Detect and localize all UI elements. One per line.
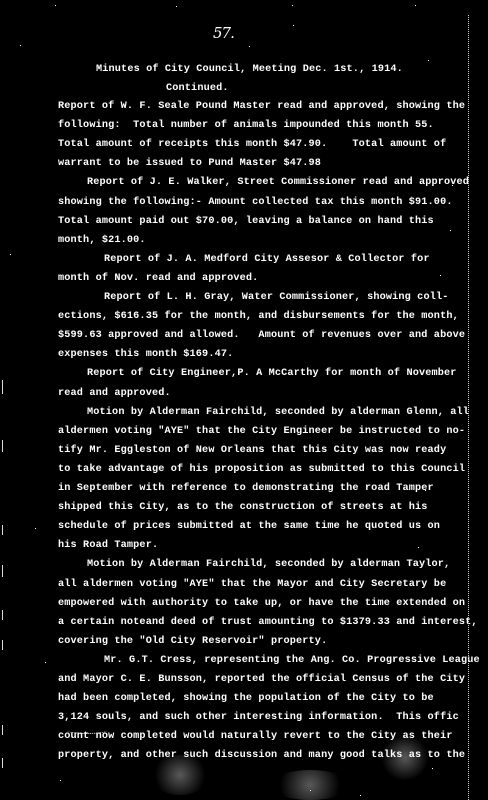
document-line: shipped this City, as to the constructio…: [58, 502, 428, 514]
scan-speck: [176, 6, 177, 7]
scan-artifact-mark: [2, 440, 3, 452]
document-line: month of Nov. read and approved.: [58, 273, 258, 285]
document-line: had been completed, showing the populati…: [58, 693, 434, 705]
scan-noise-smudge: [150, 755, 210, 795]
document-line: tify Mr. Eggleston of New Orleans that t…: [58, 445, 446, 457]
scan-speck: [10, 254, 11, 255]
document-line: schedule of prices submitted at the same…: [58, 521, 440, 533]
scan-artifact-mark: [2, 725, 3, 735]
scan-speck: [35, 528, 36, 529]
scan-artifact-mark: [2, 758, 3, 768]
document-line: and Mayor C. E. Bunsson, reported the of…: [58, 674, 465, 686]
handwritten-underline: [67, 727, 107, 734]
scan-artifact-mark: [2, 610, 3, 620]
document-line: Report of L. H. Gray, Water Commissioner…: [104, 292, 449, 304]
scan-speck: [452, 185, 453, 186]
scan-speck: [55, 5, 56, 6]
scan-speck: [425, 490, 426, 491]
document-line: Report of W. F. Seale Pound Master read …: [58, 101, 465, 113]
document-line: to take advantage of his proposition as …: [58, 464, 465, 476]
scan-noise-smudge: [270, 770, 350, 800]
document-line: month, $21.00.: [58, 235, 146, 247]
scan-speck: [450, 230, 451, 231]
scan-speck: [60, 780, 61, 781]
scan-speck: [428, 60, 429, 61]
document-line: Motion by Alderman Fairchild, seconded b…: [87, 407, 469, 419]
document-line: read and approved.: [58, 388, 171, 400]
document-title: Minutes of City Council, Meeting Dec. 1s…: [96, 64, 403, 76]
document-line: Report of J. E. Walker, Street Commissio…: [87, 177, 469, 189]
document-line: expenses this month $169.47.: [58, 349, 233, 361]
document-line: Report of J. A. Medford City Assesor & C…: [104, 254, 430, 266]
scan-speck: [310, 790, 311, 791]
scan-speck: [415, 5, 416, 6]
document-subtitle: Continued.: [166, 83, 229, 95]
page-edge-rule: [468, 15, 469, 800]
document-line: ections, $616.35 for the month, and disb…: [58, 311, 459, 323]
document-line: showing the following:- Amount collected…: [58, 197, 453, 209]
document-line: empowered with authority to take up, or …: [58, 598, 465, 610]
scan-speck: [418, 547, 419, 548]
document-line: warrant to be issued to Pund Master $47.…: [58, 158, 321, 170]
document-line: a certain noteand deed of trust amountin…: [58, 617, 478, 629]
document-line: Report of City Engineer,P. A McCarthy fo…: [87, 368, 457, 380]
scan-noise-smudge: [380, 735, 430, 780]
document-line: all aldermen voting "AYE" that the Mayor…: [58, 579, 446, 591]
scan-speck: [45, 662, 46, 663]
document-line: Mr. G.T. Cress, representing the Ang. Co…: [104, 655, 480, 667]
scan-artifact-mark: [2, 380, 3, 394]
document-line: Total amount paid out $70.00, leaving a …: [58, 216, 434, 228]
document-line: following: Total number of animals impou…: [58, 120, 434, 132]
document-line: $599.63 approved and allowed. Amount of …: [58, 330, 465, 342]
scan-speck: [249, 46, 250, 47]
handwritten-page-number: 57.: [213, 24, 234, 42]
scan-speck: [440, 275, 441, 276]
document-line: aldermen voting "AYE" that the City Engi…: [58, 426, 465, 438]
scan-speck: [432, 768, 433, 769]
document-line: 3,124 souls, and such other interesting …: [58, 712, 459, 724]
scan-speck: [292, 5, 293, 6]
scan-artifact-mark: [2, 640, 3, 650]
scan-speck: [20, 45, 21, 46]
scan-artifact-mark: [2, 565, 3, 577]
document-line: covering the "Old City Reservoir" proper…: [58, 636, 327, 648]
document-line: in September with reference to demonstra…: [58, 483, 434, 495]
scan-speck: [360, 795, 361, 796]
document-line: Motion by Alderman Fairchild, seconded b…: [87, 559, 450, 571]
document-line: his Road Tamper.: [58, 540, 158, 552]
scan-speck: [293, 25, 294, 26]
scan-artifact-mark: [2, 525, 3, 535]
document-line: Total amount of receipts this month $47.…: [58, 139, 446, 151]
